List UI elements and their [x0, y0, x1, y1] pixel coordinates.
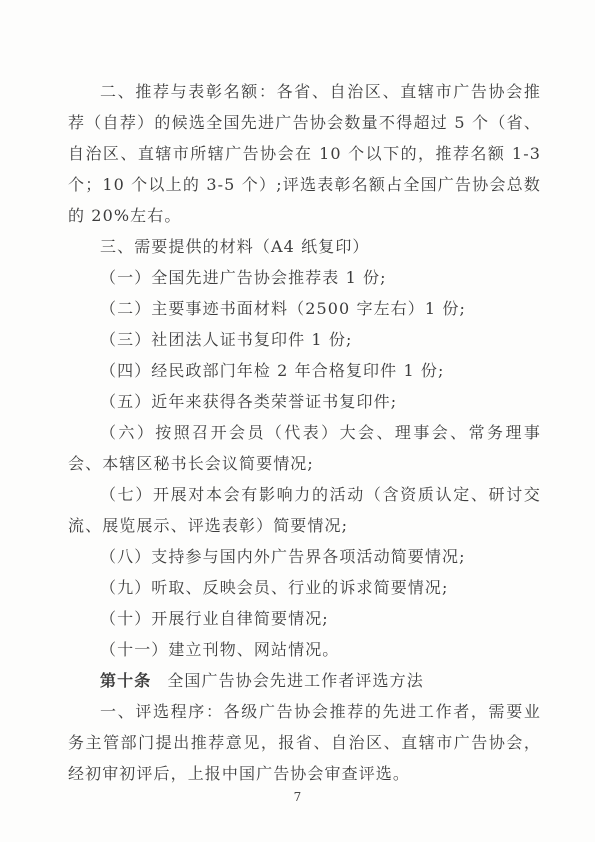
list-item-material-10: （十）开展行业自律简要情况; — [68, 603, 541, 634]
document-body: 二、推荐与表彰名额：各省、自治区、直辖市广告协会推荐（自荐）的候选全国先进广告协… — [68, 76, 541, 789]
list-item-material-1: （一）全国先进广告协会推荐表 1 份; — [68, 262, 541, 293]
paragraph-materials-heading: 三、需要提供的材料（A4 纸复印） — [68, 231, 541, 262]
article-10-number: 第十条 — [100, 671, 151, 690]
list-item-material-5: （五）近年来获得各类荣誉证书复印件; — [68, 386, 541, 417]
page-number: 7 — [0, 790, 595, 804]
document-page: 二、推荐与表彰名额：各省、自治区、直辖市广告协会推荐（自荐）的候选全国先进广告协… — [0, 0, 595, 842]
paragraph-recommendation-quota: 二、推荐与表彰名额：各省、自治区、直辖市广告协会推荐（自荐）的候选全国先进广告协… — [68, 76, 541, 231]
list-item-material-9: （九）听取、反映会员、行业的诉求简要情况; — [68, 572, 541, 603]
list-item-material-3: （三）社团法人证书复印件 1 份; — [68, 324, 541, 355]
list-item-material-4: （四）经民政部门年检 2 年合格复印件 1 份; — [68, 355, 541, 386]
list-item-material-2: （二）主要事迹书面材料（2500 字左右）1 份; — [68, 293, 541, 324]
article-10-heading: 第十条全国广告协会先进工作者评选方法 — [68, 665, 541, 696]
article-10-title: 全国广告协会先进工作者评选方法 — [167, 671, 424, 690]
list-item-material-7: （七）开展对本会有影响力的活动（含资质认定、研讨交流、展览展示、评选表彰）简要情… — [68, 479, 541, 541]
list-item-material-8: （八）支持参与国内外广告界各项活动简要情况; — [68, 541, 541, 572]
list-item-material-11: （十一）建立刊物、网站情况。 — [68, 634, 541, 665]
list-item-material-6: （六）按照召开会员（代表）大会、理事会、常务理事会、本辖区秘书长会议简要情况; — [68, 417, 541, 479]
paragraph-selection-procedure: 一、评选程序：各级广告协会推荐的先进工作者，需要业务主管部门提出推荐意见，报省、… — [68, 696, 541, 789]
